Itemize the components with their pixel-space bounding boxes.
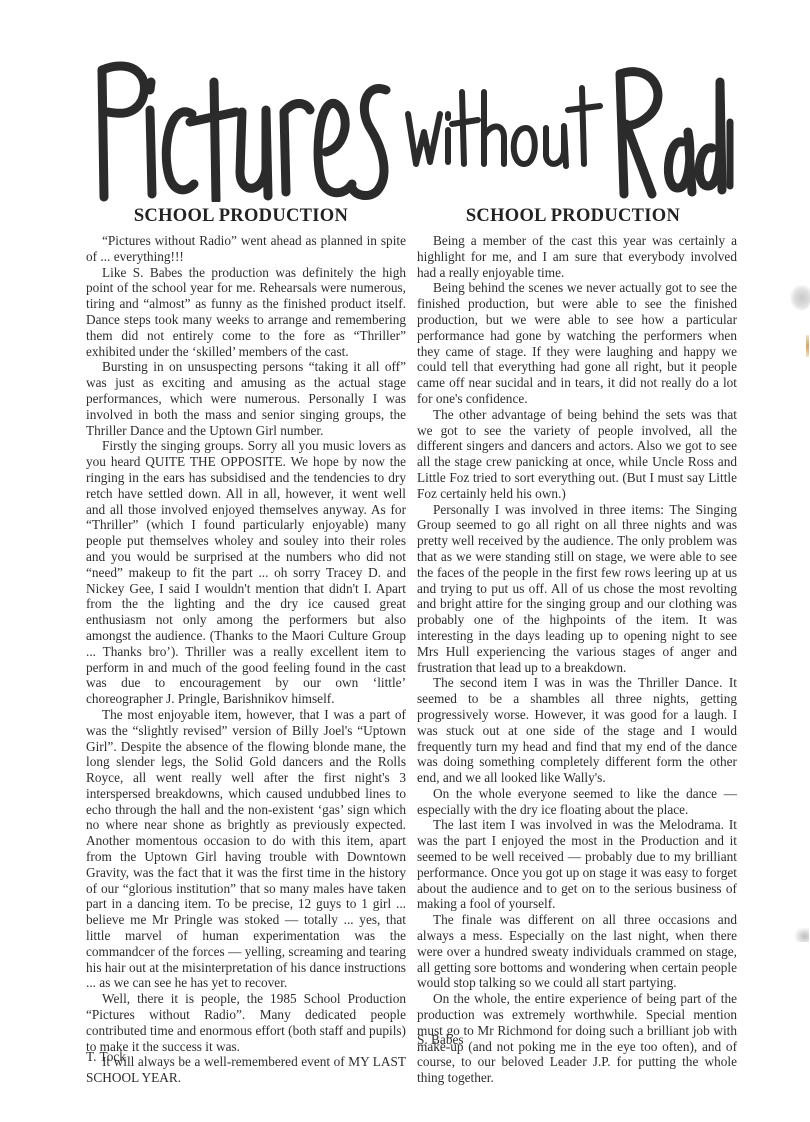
left-paragraph-5: The most enjoyable item, however, that I…: [86, 707, 406, 991]
left-paragraph-6: Well, there it is people, the 1985 Schoo…: [86, 991, 406, 1054]
right-paragraph-3: The other advantage of being behind the …: [417, 407, 737, 502]
right-article-heading: SCHOOL PRODUCTION: [409, 205, 737, 227]
left-paragraph-4: Firstly the singing groups. Sorry all yo…: [86, 438, 406, 707]
right-paragraph-6: On the whole everyone seemed to like the…: [417, 786, 737, 818]
title-lettering: [90, 52, 740, 202]
left-article-heading: SCHOOL PRODUCTION: [76, 205, 406, 227]
right-article: SCHOOL PRODUCTION Being a member of the …: [417, 205, 737, 1086]
right-paragraph-9: On the whole, the entire experience of b…: [417, 991, 737, 1086]
scan-mark: [806, 335, 809, 357]
left-paragraph-3: Bursting in on unsuspecting persons “tak…: [86, 359, 406, 438]
left-article: SCHOOL PRODUCTION “Pictures without Radi…: [86, 205, 406, 1086]
right-paragraph-8: The finale was different on all three oc…: [417, 912, 737, 991]
scan-smudge: [795, 928, 809, 942]
right-paragraph-5: The second item I was in was the Thrille…: [417, 675, 737, 786]
right-paragraph-1: Being a member of the cast this year was…: [417, 233, 737, 280]
right-article-signature: S. Babes: [417, 1032, 464, 1048]
right-paragraph-2: Being behind the scenes we never actuall…: [417, 280, 737, 406]
right-paragraph-4: Personally I was involved in three items…: [417, 502, 737, 676]
scan-smudge: [790, 285, 810, 311]
page-title: [90, 52, 740, 202]
right-paragraph-7: The last item I was involved in was the …: [417, 817, 737, 912]
left-paragraph-1: “Pictures without Radio” went ahead as p…: [86, 233, 406, 265]
left-paragraph-7: It will always be a well-remembered even…: [86, 1054, 406, 1086]
left-paragraph-2: Like S. Babes the production was definit…: [86, 265, 406, 360]
left-article-signature: T. Tock: [86, 1049, 126, 1065]
